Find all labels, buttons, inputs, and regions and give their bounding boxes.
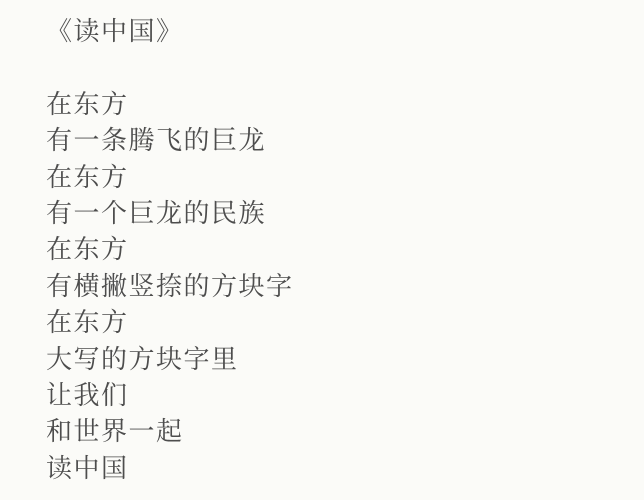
- poem-line: 让我们: [46, 377, 624, 413]
- poem-line: 在东方: [46, 304, 624, 340]
- poem-line: 大写的方块字里: [46, 341, 624, 377]
- poem-line: 在东方: [46, 231, 624, 267]
- poem-line: 读中国: [46, 450, 624, 486]
- poem-line: 有横撇竖捺的方块字: [46, 268, 624, 304]
- poem-line: 和世界一起: [46, 413, 624, 449]
- poem-line: 在东方: [46, 86, 624, 122]
- poem-line: 有一个巨龙的民族: [46, 195, 624, 231]
- poem-document: 《读中国》 在东方有一条腾飞的巨龙在东方有一个巨龙的民族在东方有横撇竖捺的方块字…: [0, 0, 644, 500]
- poem-title: 《读中国》: [46, 13, 624, 49]
- poem-lines: 在东方有一条腾飞的巨龙在东方有一个巨龙的民族在东方有横撇竖捺的方块字在东方大写的…: [46, 86, 624, 486]
- poem-line: 在东方: [46, 159, 624, 195]
- poem-line: 有一条腾飞的巨龙: [46, 122, 624, 158]
- blank-line: [46, 49, 624, 85]
